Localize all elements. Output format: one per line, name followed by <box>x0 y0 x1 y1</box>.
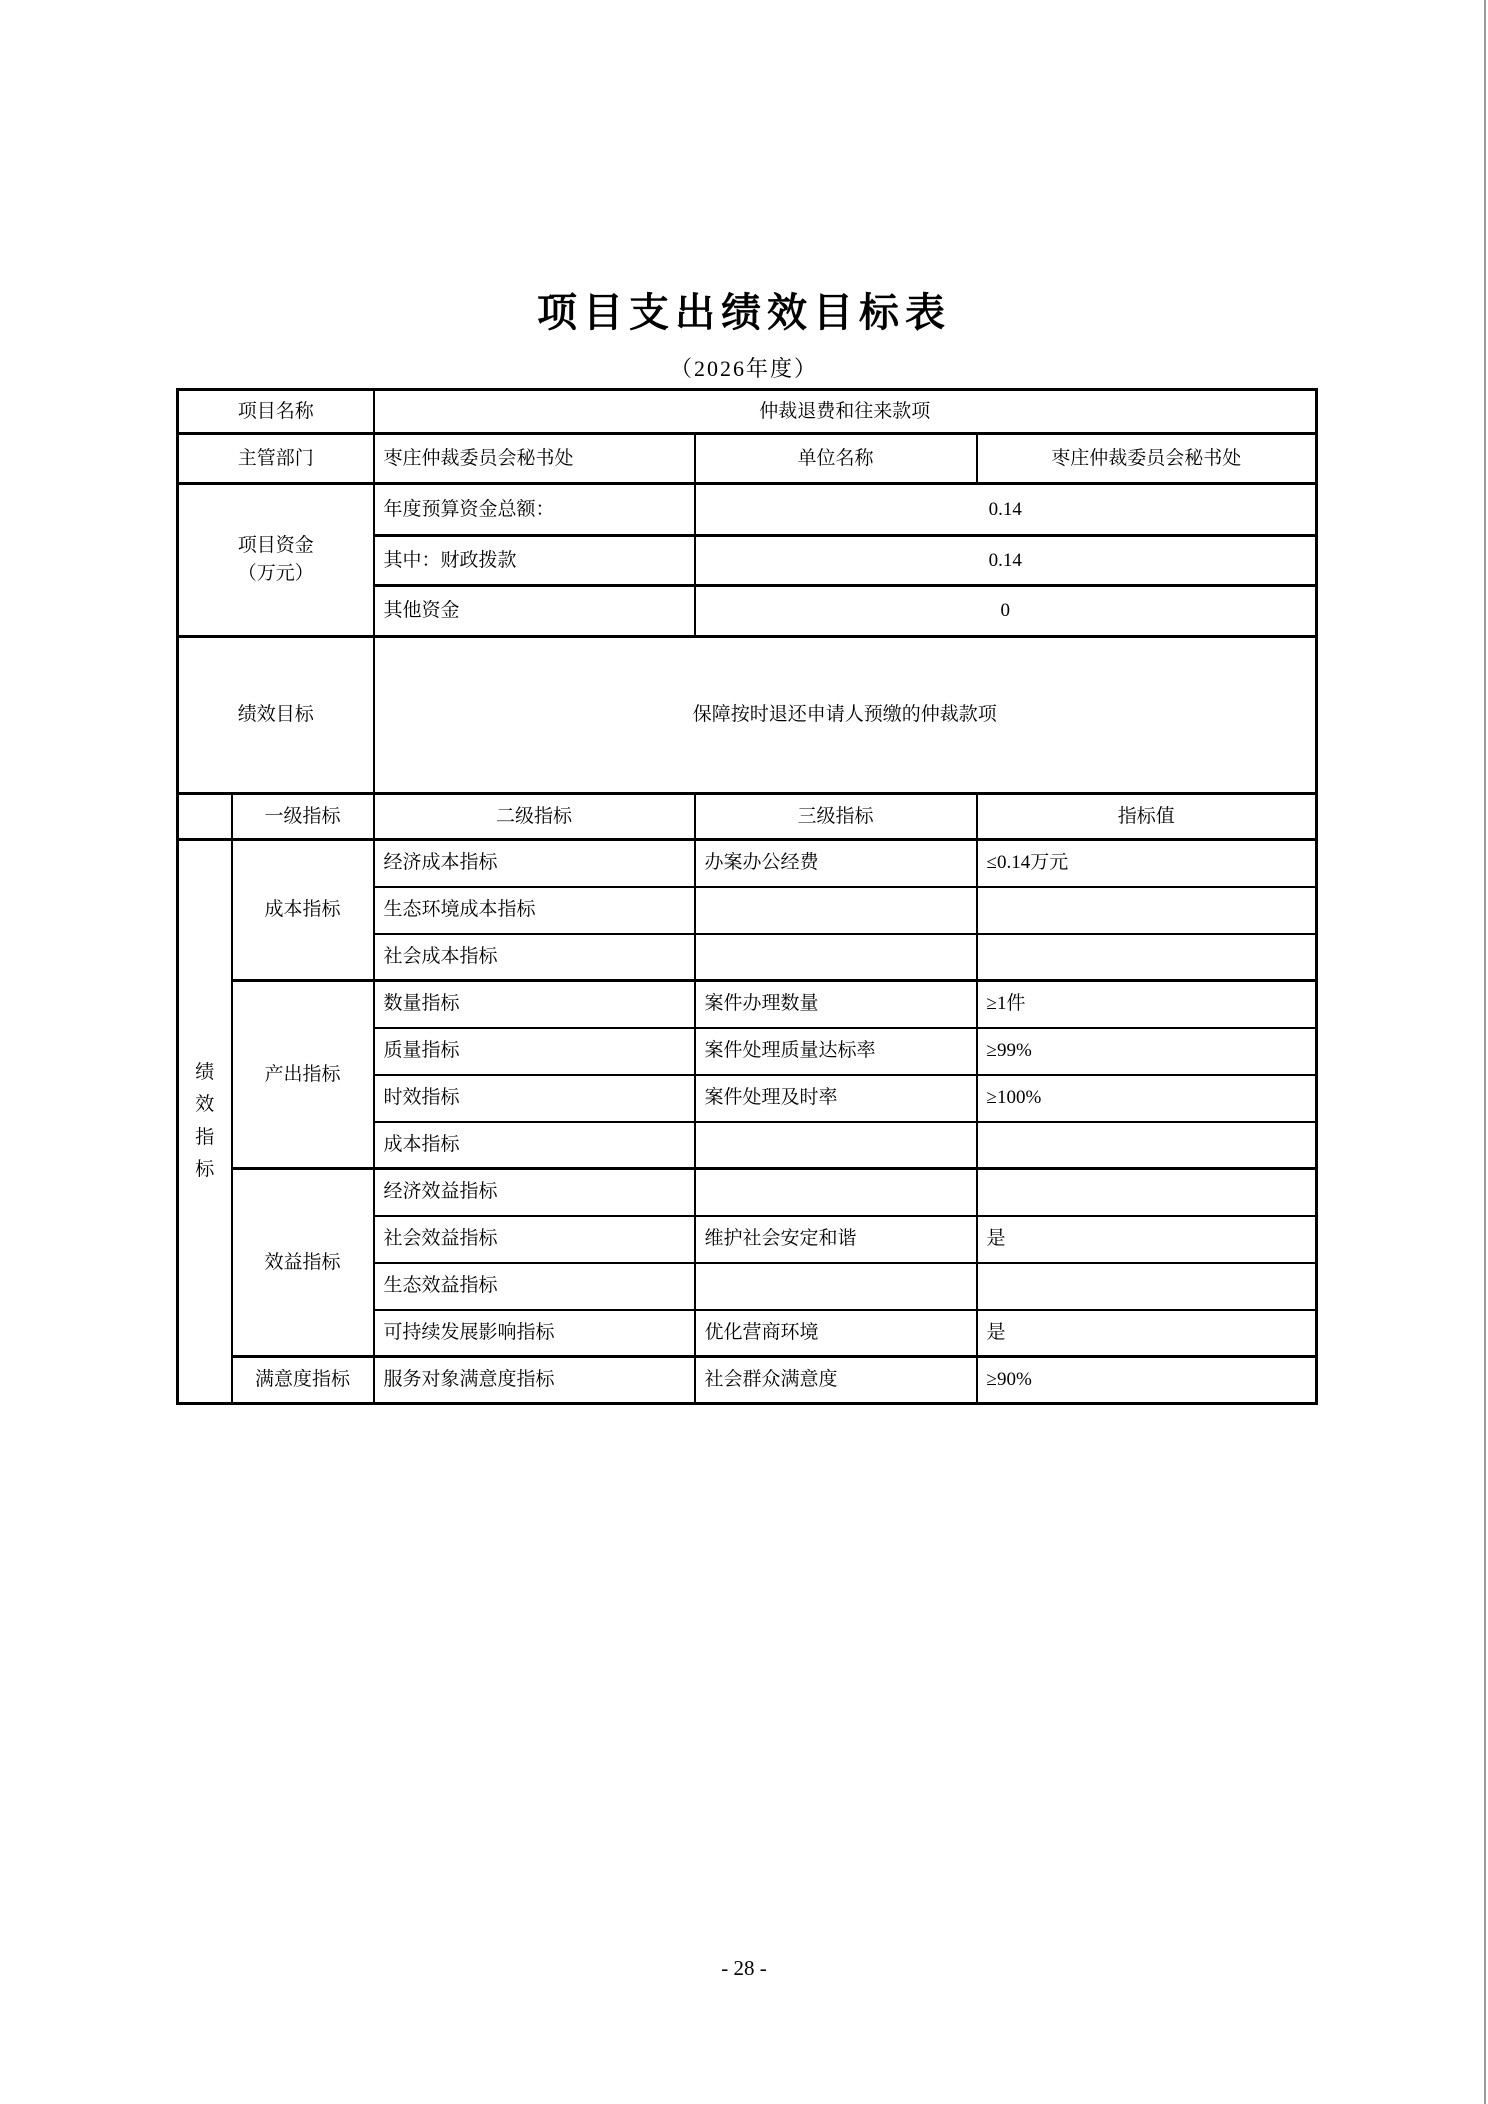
level2-cell: 经济成本指标 <box>374 840 695 887</box>
project-funds-label-line1: 项目资金 <box>185 532 367 561</box>
value-cell: ≥1件 <box>977 981 1317 1028</box>
group-label-cost: 成本指标 <box>232 840 374 981</box>
performance-goal-label: 绩效目标 <box>178 637 374 794</box>
value-cell: ≥90% <box>977 1357 1317 1404</box>
page-number: - 28 - <box>0 1956 1488 1981</box>
level3-cell: 案件处理及时率 <box>695 1075 977 1122</box>
group-label-output: 产出指标 <box>232 981 374 1169</box>
value-cell: ≥100% <box>977 1075 1317 1122</box>
table-row: 绩效目标 保障按时退还申请人预缴的仲裁款项 <box>178 637 1317 794</box>
scan-edge-line <box>1484 0 1486 2104</box>
document-page: 项目支出绩效目标表 （2026年度） 项目名称 仲裁退费和往来款项 主管部门 枣… <box>0 0 1488 2104</box>
level3-cell: 社会群众满意度 <box>695 1357 977 1404</box>
level2-cell: 服务对象满意度指标 <box>374 1357 695 1404</box>
funds-other-label: 其他资金 <box>374 586 695 637</box>
side-label-vertical-text: 绩效指标 <box>193 1057 216 1186</box>
table-row: 绩效指标 成本指标 经济成本指标 办案办公经费 ≤0.14万元 <box>178 840 1317 887</box>
header-value: 指标值 <box>977 794 1317 840</box>
performance-target-table: 项目名称 仲裁退费和往来款项 主管部门 枣庄仲裁委员会秘书处 单位名称 枣庄仲裁… <box>176 388 1318 1405</box>
level2-cell: 数量指标 <box>374 981 695 1028</box>
table-row: 主管部门 枣庄仲裁委员会秘书处 单位名称 枣庄仲裁委员会秘书处 <box>178 434 1317 484</box>
performance-indicators-side-label: 绩效指标 <box>178 840 232 1404</box>
group-label-satisfaction: 满意度指标 <box>232 1357 374 1404</box>
level2-cell: 可持续发展影响指标 <box>374 1310 695 1357</box>
value-cell: ≤0.14万元 <box>977 840 1317 887</box>
level2-cell: 生态环境成本指标 <box>374 887 695 934</box>
level2-cell: 经济效益指标 <box>374 1169 695 1216</box>
project-funds-label-line2: （万元） <box>185 560 367 589</box>
table-row: 一级指标 二级指标 三级指标 指标值 <box>178 794 1317 840</box>
dept-value: 枣庄仲裁委员会秘书处 <box>374 434 695 484</box>
header-level1: 一级指标 <box>232 794 374 840</box>
level3-cell <box>695 1122 977 1169</box>
project-name-value: 仲裁退费和往来款项 <box>374 390 1317 434</box>
level3-cell <box>695 1263 977 1310</box>
group-label-benefit: 效益指标 <box>232 1169 374 1357</box>
level2-cell: 社会成本指标 <box>374 934 695 981</box>
header-level2: 二级指标 <box>374 794 695 840</box>
page-title: 项目支出绩效目标表 <box>0 281 1488 338</box>
project-funds-label: 项目资金 （万元） <box>178 484 374 637</box>
value-cell: ≥99% <box>977 1028 1317 1075</box>
level2-cell: 社会效益指标 <box>374 1216 695 1263</box>
table-row: 项目名称 仲裁退费和往来款项 <box>178 390 1317 434</box>
value-cell: 是 <box>977 1310 1317 1357</box>
value-cell <box>977 1169 1317 1216</box>
value-cell <box>977 887 1317 934</box>
level3-cell: 案件办理数量 <box>695 981 977 1028</box>
level2-cell: 质量指标 <box>374 1028 695 1075</box>
value-cell <box>977 934 1317 981</box>
header-level3: 三级指标 <box>695 794 977 840</box>
funds-total-label: 年度预算资金总额： <box>374 484 695 536</box>
table-row: 项目资金 （万元） 年度预算资金总额： 0.14 <box>178 484 1317 536</box>
level3-cell: 维护社会安定和谐 <box>695 1216 977 1263</box>
funds-total-value: 0.14 <box>695 484 1317 536</box>
value-cell <box>977 1122 1317 1169</box>
level2-cell: 时效指标 <box>374 1075 695 1122</box>
level3-cell: 办案办公经费 <box>695 840 977 887</box>
table-row: 满意度指标 服务对象满意度指标 社会群众满意度 ≥90% <box>178 1357 1317 1404</box>
table-row: 效益指标 经济效益指标 <box>178 1169 1317 1216</box>
funds-fiscal-label: 其中：财政拨款 <box>374 536 695 586</box>
level3-cell <box>695 887 977 934</box>
performance-goal-value: 保障按时退还申请人预缴的仲裁款项 <box>374 637 1317 794</box>
level3-cell: 案件处理质量达标率 <box>695 1028 977 1075</box>
unit-name-label: 单位名称 <box>695 434 977 484</box>
table-row: 产出指标 数量指标 案件办理数量 ≥1件 <box>178 981 1317 1028</box>
funds-other-value: 0 <box>695 586 1317 637</box>
level3-cell <box>695 1169 977 1216</box>
project-name-label: 项目名称 <box>178 390 374 434</box>
level3-cell <box>695 934 977 981</box>
dept-label: 主管部门 <box>178 434 374 484</box>
level3-cell: 优化营商环境 <box>695 1310 977 1357</box>
page-subtitle: （2026年度） <box>0 352 1488 383</box>
level2-cell: 生态效益指标 <box>374 1263 695 1310</box>
value-cell: 是 <box>977 1216 1317 1263</box>
funds-fiscal-value: 0.14 <box>695 536 1317 586</box>
corner-cell <box>178 794 232 840</box>
value-cell <box>977 1263 1317 1310</box>
unit-name-value: 枣庄仲裁委员会秘书处 <box>977 434 1317 484</box>
level2-cell: 成本指标 <box>374 1122 695 1169</box>
